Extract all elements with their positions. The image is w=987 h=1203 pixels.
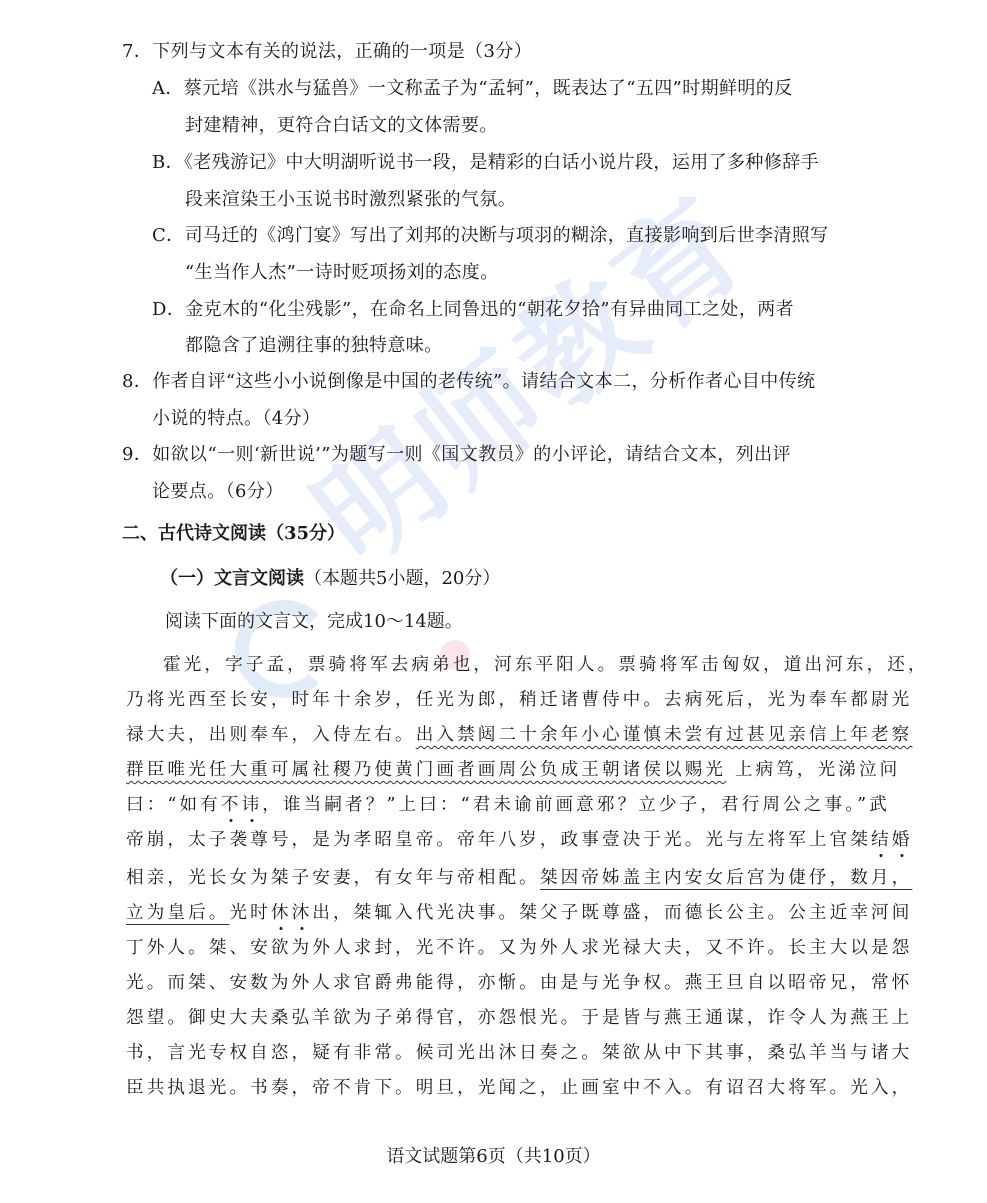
question-8: 8．作者自评“这些小小说倒像是中国的老传统”。请结合文本二，分析作者心目中传统 <box>122 370 815 394</box>
q7-option-b-cont: 段来渲染王小玉说书时激烈紧张的气氛。 <box>185 188 516 212</box>
question-8-cont: 小说的特点。（4分） <box>152 407 320 431</box>
emphasis-char: 婚 <box>892 830 913 850</box>
emphasis-char: 结 <box>871 830 892 850</box>
emphasis-char: 不 <box>221 795 242 815</box>
q7-option-a-cont: 封建精神，更符合白话文的文体需要。 <box>185 114 498 138</box>
passage-line-9: 丁外人。桀、安欲为外人求封，光不许。又为外人求光禄大夫，又不许。长主大以是怨 <box>126 936 912 960</box>
passage-text: 相亲，光长女为桀子安妻，有女年与帝相配。 <box>126 868 540 888</box>
emphasis-char: 沐 <box>292 903 313 923</box>
subsection-title: （一）文言文阅读 <box>160 568 304 589</box>
passage-line-7: 相亲，光长女为桀子安妻，有女年与帝相配。桀因帝姊盖主内安女后宫为倢伃，数月， <box>126 866 912 890</box>
subsection-heading: （一）文言文阅读（本题共5小题，20分） <box>160 567 500 591</box>
subsection-score: （本题共5小题，20分） <box>304 568 500 589</box>
passage-text: 帝崩，太子袭尊号，是为孝昭皇帝。帝年八岁，政事壹决于光。光与左将军上官桀 <box>126 830 871 850</box>
passage-line-4: 群臣唯光任大重可属社稷乃使黄门画者画周公负成王朝诸侯以赐光 上病笃，光涕泣问 <box>126 758 900 782</box>
passage-line-13: 臣共执退光。书奏，帝不肯下。明旦，光闻之，止画室中不入。有诏召大将军。光入， <box>126 1076 912 1100</box>
section-2-title: 二、古代诗文阅读（35分） <box>122 522 345 546</box>
emphasis-char: 休 <box>271 903 292 923</box>
passage-text: 光时 <box>229 903 270 923</box>
passage-line-5: 曰：“如有不讳，谁当嗣者？”上曰：“君未谕前画意邪？立少子，君行周公之事。”武 <box>126 793 890 817</box>
question-9-cont: 论要点。（6分） <box>152 480 284 504</box>
q7-option-b: B．《老残游记》中大明湖听说书一段，是精彩的白话小说片段，运用了多种修辞手 <box>152 151 819 175</box>
passage-line-12: 书，言光专权自恣，疑有非常。候司光出沐日奏之。桀欲从中下其事，桑弘羊当与诸大 <box>126 1041 912 1065</box>
passage-line-6: 帝崩，太子袭尊号，是为孝昭皇帝。帝年八岁，政事壹决于光。光与左将军上官桀结婚 <box>126 828 912 852</box>
page-footer: 语文试题第6页（共10页） <box>0 1142 987 1168</box>
q7-option-d: D．金克木的“化尘残影”，在命名上同鲁迅的“朝花夕拾”有异曲同工之处，两者 <box>152 298 794 322</box>
question-9: 9．如欲以“一则‘新世说’”为题写一则《国文教员》的小评论，请结合文本，列出评 <box>122 443 791 467</box>
emphasis-char: 讳 <box>242 795 263 815</box>
passage-line-3: 禄大夫，出则奉车，入侍左右。出入禁闼二十余年小心谨慎未尝有过甚见亲信上年老察 <box>126 723 912 747</box>
passage-text: 曰：“如有 <box>126 795 221 815</box>
reading-instruction: 阅读下面的文言文，完成10～14题。 <box>165 610 463 634</box>
q7-option-a: A．蔡元培《洪水与猛兽》一文称孟子为“孟轲”，既表达了“五四”时期鲜明的反 <box>152 77 793 101</box>
q7-option-c: C．司马迁的《鸿门宴》写出了刘邦的决断与项羽的糊涂，直接影响到后世李清照写 <box>152 224 829 248</box>
q7-option-c-cont: “生当作人杰”一诗时贬项扬刘的态度。 <box>185 261 499 285</box>
underlined-sentence: 桀因帝姊盖主内安女后宫为倢伃，数月， <box>540 868 913 888</box>
passage-text: 上病笃，光涕泣问 <box>726 760 900 780</box>
wavy-underlined-sentence-cont: 群臣唯光任大重可属社稷乃使黄门画者画周公负成王朝诸侯以赐光 <box>126 760 726 780</box>
passage-text: ，谁当嗣者？”上曰：“君未谕前画意邪？立少子，君行周公之事。”武 <box>262 795 890 815</box>
passage-line-8: 立为皇后。光时休沐出，桀辄入代光决事。桀父子既尊盛，而德长公主。公主近幸河间 <box>126 901 912 925</box>
wavy-underlined-sentence: 出入禁闼二十余年小心谨慎未尝有过甚见亲信上年老察 <box>416 725 913 745</box>
passage-line-11: 怨望。御史大夫桑弘羊欲为子弟得官，亦怨恨光。于是皆与燕王通谋，诈令人为燕王上 <box>126 1006 912 1030</box>
passage-line-10: 光。而桀、安数为外人求官爵弗能得，亦惭。由是与光争权。燕王旦自以昭帝兄，常怀 <box>126 971 912 995</box>
q7-option-d-cont: 都隐含了追溯往事的独特意味。 <box>185 334 443 358</box>
underlined-sentence-cont: 立为皇后。 <box>126 903 229 923</box>
question-7-stem: 7．下列与文本有关的说法，正确的一项是（3分） <box>122 40 532 64</box>
passage-line-1: 霍光，字子孟，票骑将军去病弟也，河东平阳人。票骑将军击匈奴，道出河东，还， <box>163 653 929 677</box>
passage-line-2: 乃将光西至长安，时年十余岁，任光为郎，稍迁诸曹侍中。去病死后，光为奉车都尉光 <box>126 688 912 712</box>
exam-page: 明师教育 7．下列与文本有关的说法，正确的一项是（3分） A．蔡元培《洪水与猛兽… <box>0 0 987 1203</box>
passage-text: 出，桀辄入代光决事。桀父子既尊盛，而德长公主。公主近幸河间 <box>312 903 912 923</box>
passage-text: 禄大夫，出则奉车，入侍左右。 <box>126 725 416 745</box>
